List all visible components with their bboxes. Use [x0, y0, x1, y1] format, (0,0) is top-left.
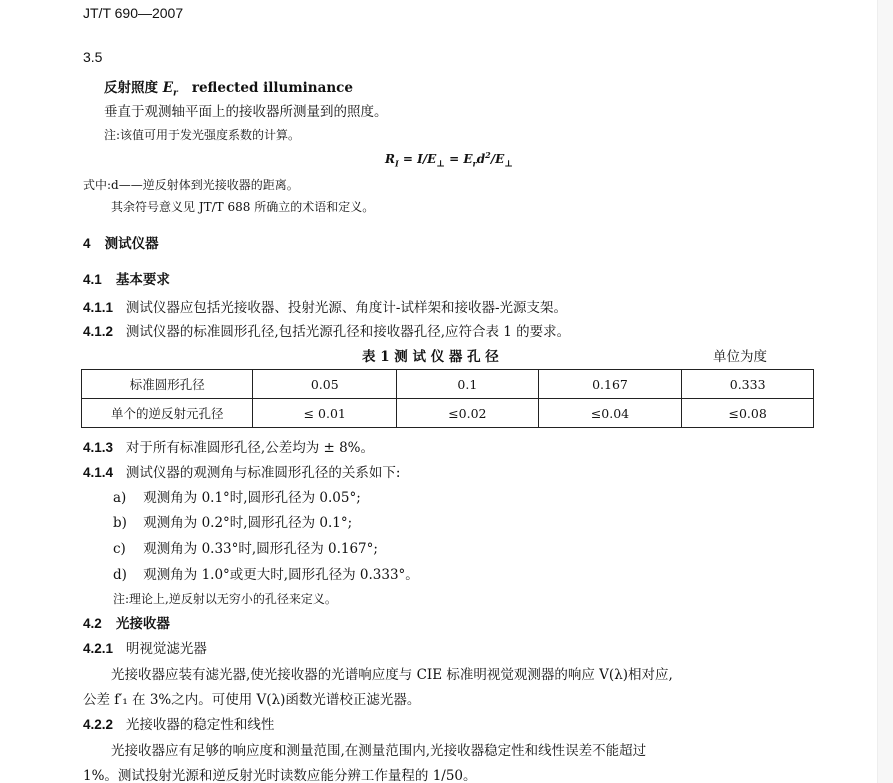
table-cell: ≤0.04: [538, 399, 682, 428]
list-item: d) 观测角为 1.0°或更大时,圆形孔径为 0.333°。: [113, 563, 419, 583]
clause-4-2-2-heading: 4.2.2 光接收器的稳定性和线性: [83, 713, 274, 733]
table-cell: 0.1: [397, 370, 539, 399]
table-cell: ≤0.02: [397, 399, 539, 428]
table-cell: ≤0.08: [682, 399, 814, 428]
clause-4-2-1-heading: 4.2.1 明视觉滤光器: [83, 637, 207, 657]
section-4-1-heading: 4.1 基本要求: [83, 268, 170, 288]
formula: RI = I/E⊥ = Erd2/E⊥: [385, 150, 513, 169]
term-heading: 反射照度 Er reflected illuminance: [104, 76, 353, 99]
formula-where: 式中:d——逆反射体到光接收器的距离。: [83, 176, 299, 193]
clause-4-1-2: 4.1.2 测试仪器的标准圆形孔径,包括光源孔径和接收器孔径,应符合表 1 的要…: [83, 320, 570, 340]
table-cell: 0.333: [682, 370, 814, 399]
clause-4-1-1: 4.1.1 测试仪器应包括光接收器、投射光源、角度计-试样架和接收器-光源支架。: [83, 296, 567, 316]
document-code-header: JT/T 690—2007: [83, 5, 183, 21]
table-row: 标准圆形孔径 0.05 0.1 0.167 0.333: [82, 370, 814, 399]
term-symbol: Er: [163, 80, 178, 96]
other-symbols-note: 其余符号意义见 JT/T 688 所确立的术语和定义。: [111, 198, 374, 215]
table-unit: 单位为度: [713, 345, 767, 365]
clause-4-1-3: 4.1.3 对于所有标准圆形孔径,公差均为 ± 8%。: [83, 436, 374, 456]
table-caption: 表 1 测 试 仪 器 孔 径: [362, 345, 499, 365]
table-cell: ≤ 0.01: [253, 399, 397, 428]
clause-4-1-4-note: 注:理论上,逆反射以无穷小的孔径来定义。: [113, 590, 337, 607]
section-4-heading: 4 测试仪器: [83, 232, 159, 252]
aperture-table: 标准圆形孔径 0.05 0.1 0.167 0.333 单个的逆反射元孔径 ≤ …: [81, 369, 814, 428]
term-definition: 垂直于观测轴平面上的接收器所测量到的照度。: [104, 100, 388, 120]
table-row: 单个的逆反射元孔径 ≤ 0.01 ≤0.02 ≤0.04 ≤0.08: [82, 399, 814, 428]
table-cell: 标准圆形孔径: [82, 370, 253, 399]
term-en: reflected illuminance: [192, 80, 353, 96]
table-cell: 0.05: [253, 370, 397, 399]
list-item: a) 观测角为 0.1°时,圆形孔径为 0.05°;: [113, 486, 361, 506]
document-page: JT/T 690—2007 3.5 反射照度 Er reflected illu…: [0, 0, 878, 783]
clause-4-2-1-para-line2: 公差 f′₁ 在 3%之内。可使用 V(λ)函数光谱校正滤光器。: [83, 688, 420, 708]
table-cell: 单个的逆反射元孔径: [82, 399, 253, 428]
scrollbar-track[interactable]: [877, 0, 893, 783]
clause-4-2-1-para-line1: 光接收器应装有滤光器,使光接收器的光谱响应度与 CIE 标准明视觉观测器的响应 …: [111, 663, 673, 683]
clause-4-2-2-para-line2: 1%。测试投射光源和逆反射光时读数应能分辨工作量程的 1/50。: [83, 764, 477, 783]
section-4-2-heading: 4.2 光接收器: [83, 612, 170, 632]
list-item: c) 观测角为 0.33°时,圆形孔径为 0.167°;: [113, 537, 378, 557]
section-number-3-5: 3.5: [83, 49, 102, 65]
clause-4-1-4: 4.1.4 测试仪器的观测角与标准圆形孔径的关系如下:: [83, 461, 400, 481]
clause-4-2-2-para-line1: 光接收器应有足够的响应度和测量范围,在测量范围内,光接收器稳定性和线性误差不能超…: [111, 739, 646, 759]
list-item: b) 观测角为 0.2°时,圆形孔径为 0.1°;: [113, 511, 352, 531]
term-note: 注:该值可用于发光强度系数的计算。: [104, 126, 300, 143]
table-cell: 0.167: [538, 370, 682, 399]
term-cn: 反射照度: [104, 80, 158, 96]
